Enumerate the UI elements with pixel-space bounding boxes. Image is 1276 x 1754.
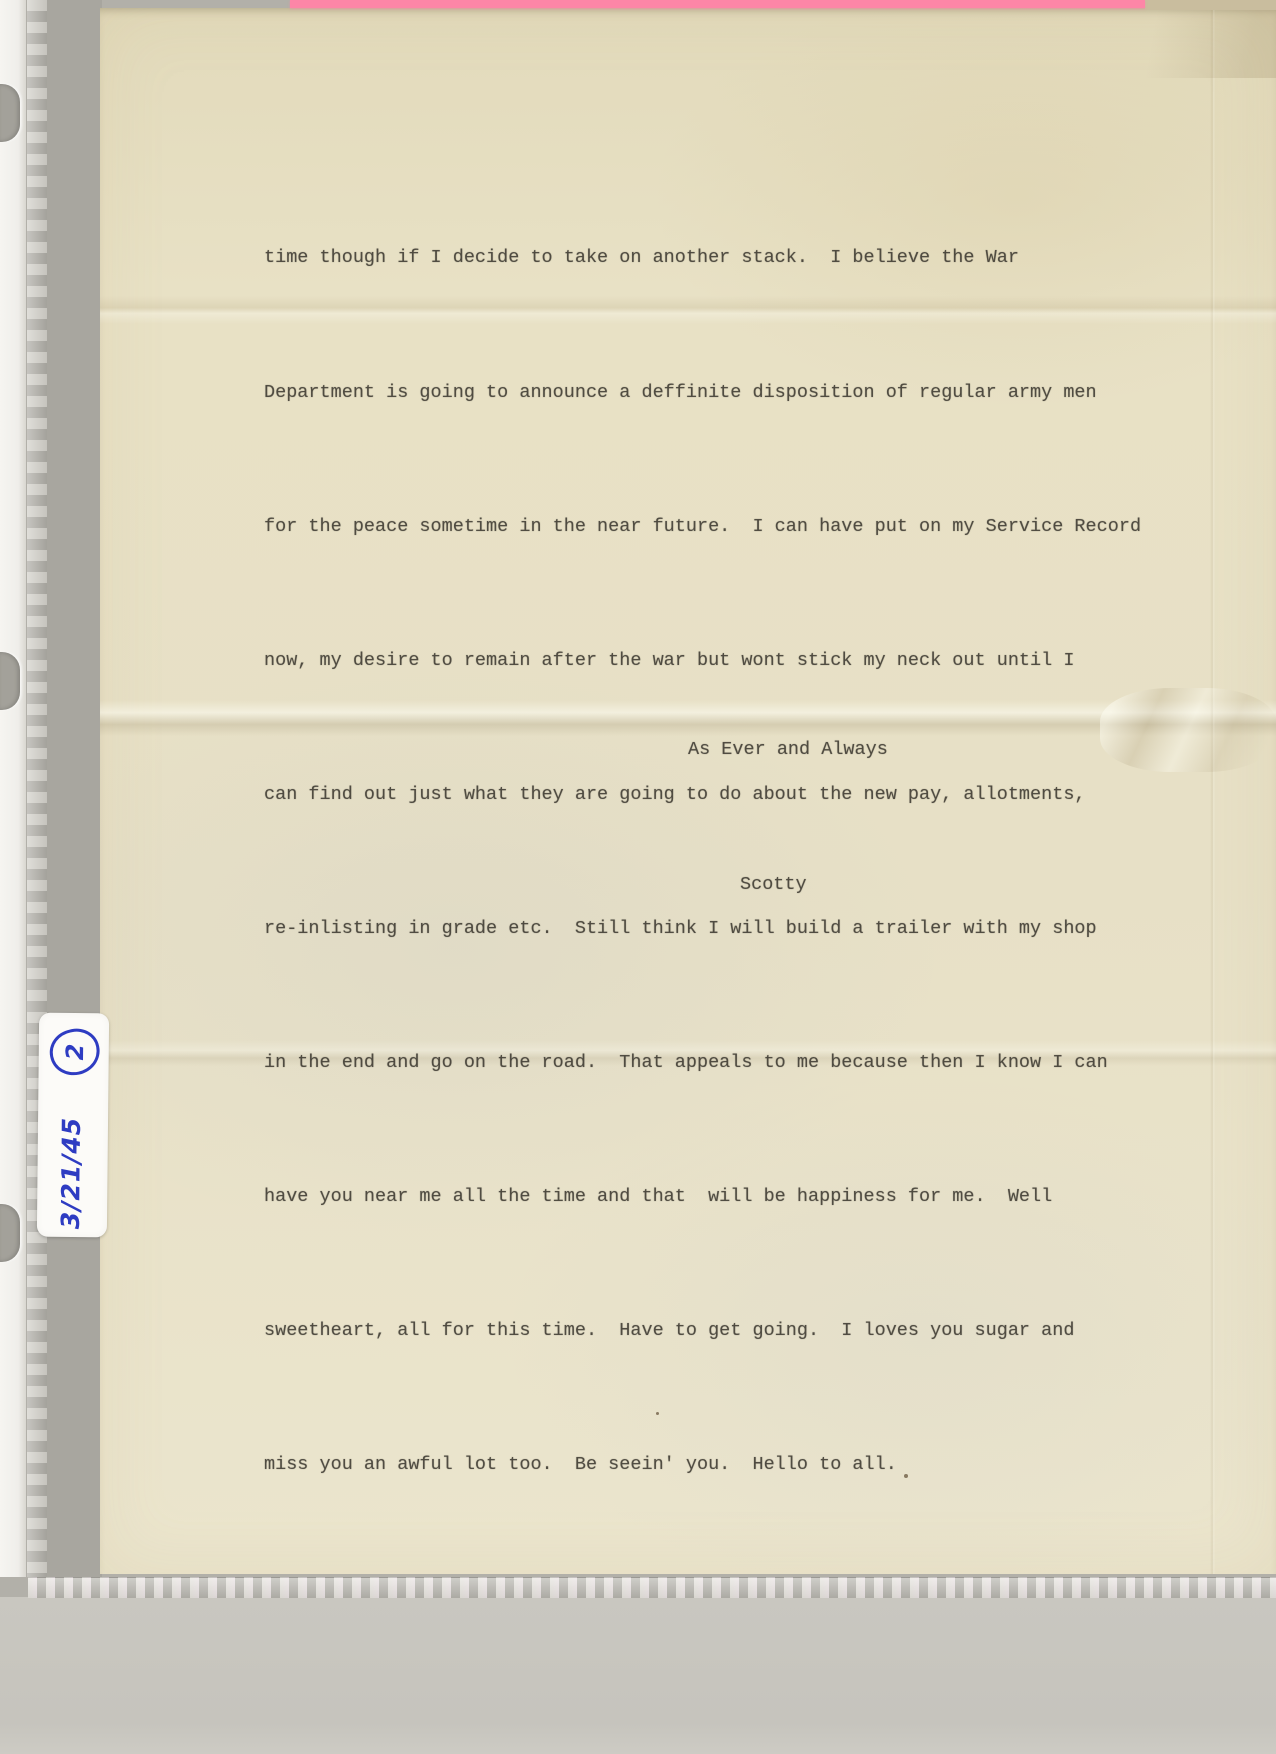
sheet-protector-binder-strip bbox=[0, 0, 26, 1577]
typed-line: have you near me all the time and that w… bbox=[264, 1175, 1274, 1220]
typed-line: miss you an awful lot too. Be seein' you… bbox=[264, 1443, 1274, 1488]
paper-top-edge-shadow bbox=[1145, 0, 1276, 10]
scanner-background-bottom bbox=[0, 1597, 1276, 1754]
signature-closing: As Ever and Always bbox=[688, 728, 888, 773]
typed-line: for the peace sometime in the near futur… bbox=[264, 505, 1274, 550]
punch-hole-middle bbox=[0, 652, 20, 710]
punch-hole-top bbox=[0, 84, 20, 142]
signature-name: Scotty bbox=[740, 863, 888, 908]
typed-line: time though if I decide to take on anoth… bbox=[264, 236, 1274, 281]
typed-line: Department is going to announce a deffin… bbox=[264, 371, 1274, 416]
circled-page-number: 2 bbox=[46, 1025, 104, 1080]
scanned-letter-page: time though if I decide to take on anoth… bbox=[0, 0, 1276, 1754]
typed-line: sweetheart, all for this time. Have to g… bbox=[264, 1309, 1274, 1354]
sheet-protector-bottom-seam bbox=[28, 1577, 1276, 1598]
archival-label-sticker: 2 3/21/45 bbox=[37, 1013, 109, 1238]
sheet-protector-left-seam bbox=[27, 0, 47, 1577]
paper-corner-shadow bbox=[1086, 8, 1276, 78]
scan-edge-artifact bbox=[290, 0, 1145, 8]
page-number-text: 2 bbox=[61, 1044, 89, 1061]
punch-hole-bottom bbox=[0, 1204, 20, 1262]
letter-paper: time though if I decide to take on anoth… bbox=[100, 8, 1276, 1574]
typed-line: in the end and go on the road. That appe… bbox=[264, 1041, 1274, 1086]
sheet-protector-margin bbox=[47, 0, 102, 1577]
signature-block: As Ever and Always Scotty bbox=[688, 639, 888, 997]
handwritten-date: 3/21/45 bbox=[56, 1108, 89, 1238]
